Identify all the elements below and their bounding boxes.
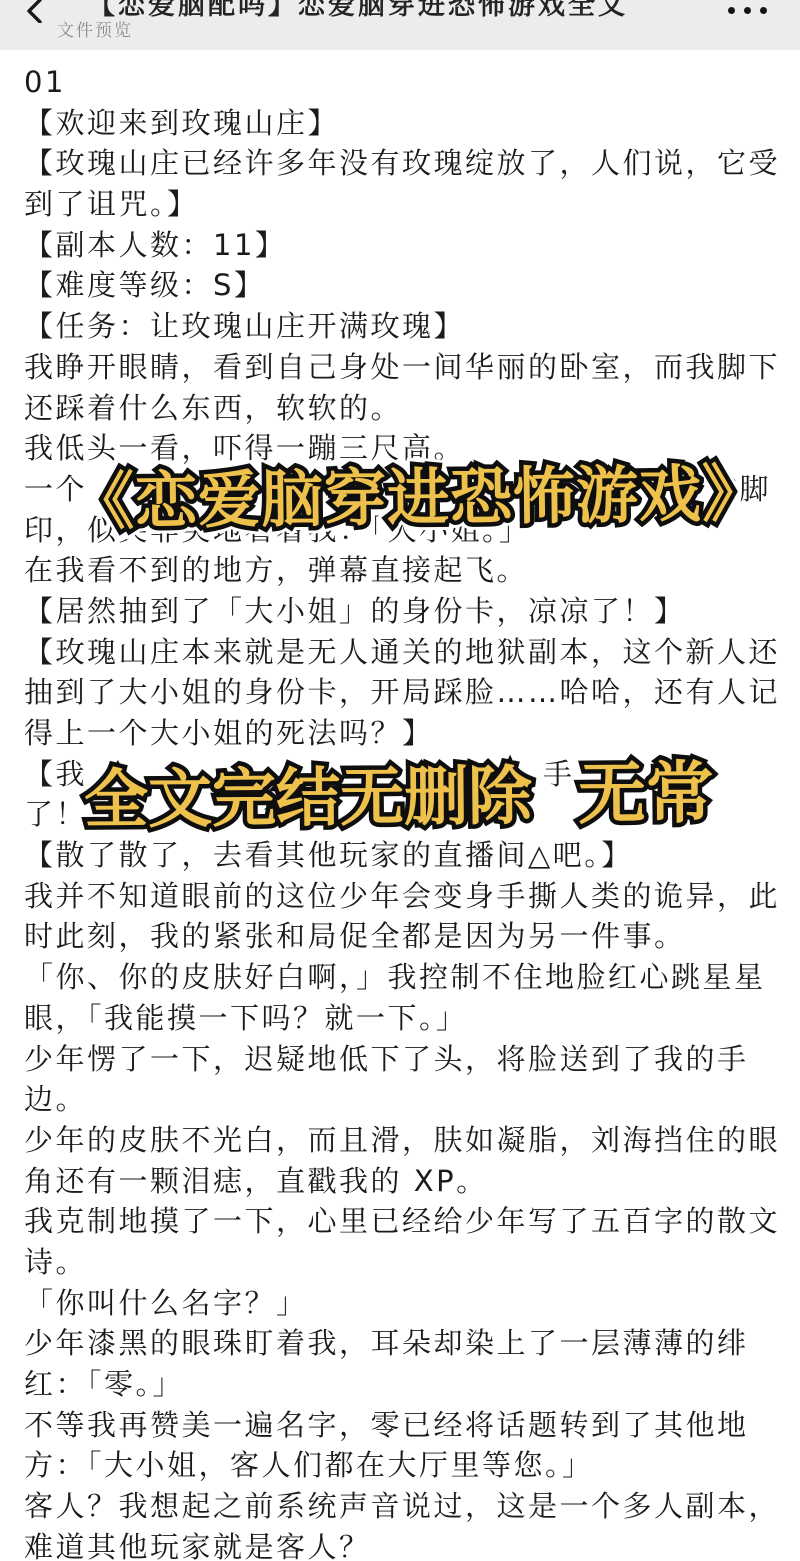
text-line: 「你、你的皮肤好白啊，」我控制不住地脸红心跳星星 — [24, 957, 776, 998]
text-line: 了！】 — [24, 794, 776, 835]
text-line: 我睁开眼睛，看到自己身处一间华丽的卧室，而我脚下 — [24, 347, 776, 388]
document-text: 01【欢迎来到玫瑰山庄】【玫瑰山庄已经许多年没有玫瑰绽放了，人们说，它受到了诅咒… — [0, 50, 800, 1561]
text-line: 【任务：让玫瑰山庄开满玫瑰】 — [24, 306, 776, 347]
file-preview-header: 【恋爱脑配吗】恋爱脑穿进恐怖游戏全文 文件预览 — [0, 0, 800, 50]
text-line: 红：「零。」 — [24, 1364, 776, 1405]
dot-icon — [744, 7, 751, 14]
text-line: 诗。 — [24, 1242, 776, 1283]
text-line: 角还有一颗泪痣，直戳我的 XP。 — [24, 1161, 776, 1202]
text-line: 我并不知道眼前的这位少年会变身手撕人类的诡异，此 — [24, 876, 776, 917]
text-line: 到了诅咒。】 — [24, 184, 776, 225]
text-fragment: 一个 — [24, 469, 87, 510]
text-fragment: 手 — [543, 754, 575, 795]
text-line: 抽到了大小姐的身份卡，开局踩脸……哈哈，还有人记 — [24, 672, 776, 713]
text-line: 时此刻，我的紧张和局促全都是因为另一件事。 — [24, 916, 776, 957]
text-line: 印，似笑非笑地看着我：「大小姐。」 — [24, 510, 776, 551]
text-line: 01 — [24, 62, 776, 103]
file-preview-label: 文件预览 — [57, 16, 133, 41]
text-line: 客人？我想起之前系统声音说过，这是一个多人副本， — [24, 1486, 776, 1527]
text-line: 我低头一看，吓得一蹦三尺高。 — [24, 428, 776, 469]
dot-icon — [728, 7, 735, 14]
text-line: 【散了散了，去看其他玩家的直播间△吧。】 — [24, 835, 776, 876]
text-line: 方：「大小姐，客人们都在大厅里等您。」 — [24, 1445, 776, 1486]
dot-icon — [760, 7, 767, 14]
chevron-left-icon — [22, 0, 48, 23]
text-line: 「你叫什么名字？」 — [24, 1283, 776, 1324]
text-line: 【欢迎来到玫瑰山庄】 — [24, 103, 776, 144]
text-line: 还踩着什么东西，软软的。 — [24, 388, 776, 429]
text-line: 边。 — [24, 1079, 776, 1120]
text-line: 我克制地摸了一下，心里已经给少年写了五百字的散文 — [24, 1201, 776, 1242]
text-line: 【我手 — [24, 754, 776, 795]
back-button[interactable] — [22, 0, 48, 23]
document-title-clipped: 【恋爱脑配吗】恋爱脑穿进恐怖游戏全文 — [88, 0, 648, 22]
text-fragment: 【我 — [24, 754, 87, 795]
text-line: 【玫瑰山庄已经许多年没有玫瑰绽放了，人们说，它受 — [24, 143, 776, 184]
text-line: 眼，「我能摸一下吗？就一下。」 — [24, 998, 776, 1039]
text-line: 少年的皮肤不光白，而且滑，肤如凝脂，刘海挡住的眼 — [24, 1120, 776, 1161]
text-line: 【难度等级：S】 — [24, 265, 776, 306]
text-line: 在我看不到的地方，弹幕直接起飞。 — [24, 550, 776, 591]
more-menu-button[interactable] — [724, 3, 771, 18]
text-line: 得上一个大小姐的死法吗？】 — [24, 713, 776, 754]
text-line: 少年愣了一下，迟疑地低下了头，将脸送到了我的手 — [24, 1039, 776, 1080]
text-line: 少年漆黑的眼珠盯着我，耳朵却染上了一层薄薄的绯 — [24, 1323, 776, 1364]
text-fragment: 的脚 — [708, 469, 771, 510]
text-line: 【玫瑰山庄本来就是无人通关的地狱副本，这个新人还 — [24, 632, 776, 673]
text-line: 【居然抽到了「大小姐」的身份卡，凉凉了！】 — [24, 591, 776, 632]
text-line: 难道其他玩家就是客人？ — [24, 1527, 776, 1561]
text-line: 一个的脚 — [24, 469, 776, 510]
text-line: 不等我再赞美一遍名字，零已经将话题转到了其他地 — [24, 1405, 776, 1446]
text-line: 【副本人数：11】 — [24, 225, 776, 266]
